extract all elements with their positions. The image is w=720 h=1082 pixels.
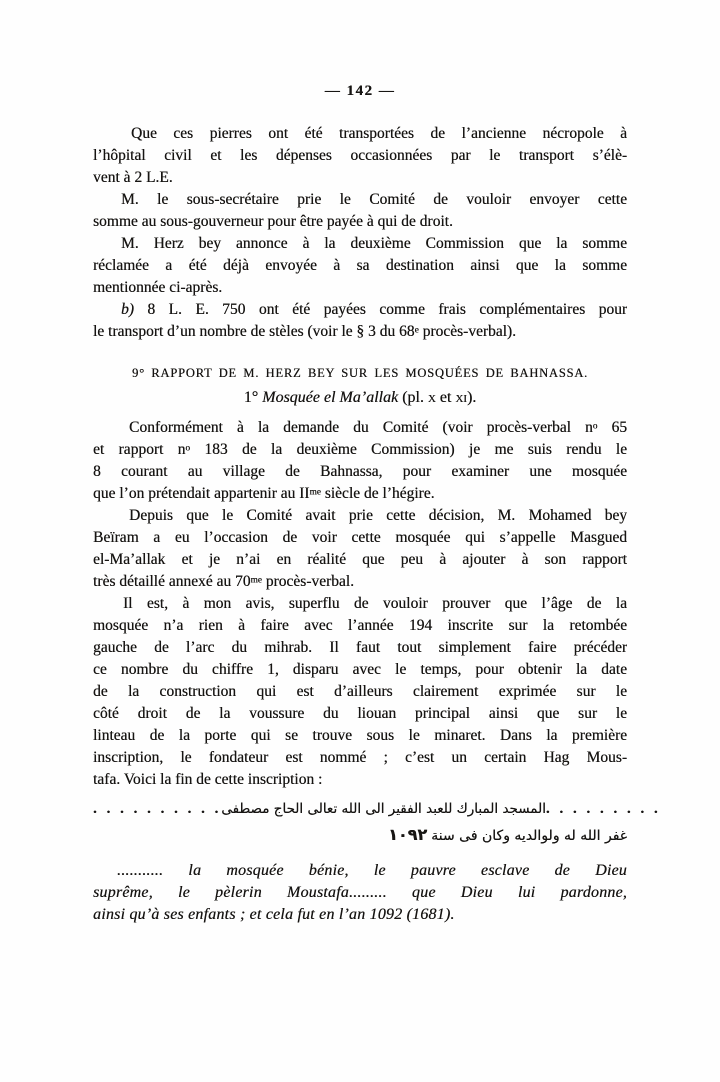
text-line: de la construction qui est d’ailleurs cl…	[93, 681, 627, 703]
superscript: e	[415, 325, 419, 335]
text-line: Depuis que le Comité avait prie cette dé…	[93, 505, 627, 527]
paragraph: Conformément à la demande du Comité (voi…	[93, 417, 627, 505]
text-line: tafa. Voici la fin de cette inscription …	[93, 769, 627, 791]
plates-ref-close: ).	[467, 389, 476, 406]
text-line: b) 8 L. E. 750 ont été payées comme frai…	[93, 299, 627, 321]
superscript: me	[251, 575, 262, 585]
arabic-inscription: . . . . . . . . . . المسجد المبارك للعبد…	[93, 798, 627, 848]
scanned-document-page: — 142 — Que ces pierres ont été transpor…	[0, 0, 720, 1082]
text-line: ainsi qu’à ses enfants ; et cela fut en …	[93, 904, 627, 926]
arabic-inscription-line-1: . . . . . . . . . . المسجد المبارك للعبد…	[93, 798, 627, 822]
superscript: o	[185, 443, 190, 453]
superscript: me	[309, 487, 320, 497]
plates-ref-et: et	[436, 389, 456, 406]
ellipsis-dots-left: . . . . . . . . . .	[93, 798, 221, 820]
plate-number: x	[428, 389, 436, 406]
text-line: suprême, le pèlerin Moustafa......... qu…	[93, 882, 627, 904]
text-line: l’hôpital civil et les dépenses occasion…	[93, 145, 627, 167]
arabic-text: غفر الله له ولوالديه وكان فى سنة	[431, 828, 627, 844]
text-line: ce nombre du chiffre 1, disparu avec le …	[93, 659, 627, 681]
text-line: Il est, à mon avis, superflu de vouloir …	[93, 593, 627, 615]
text-line: réclamée a été déjà envoyée à sa destina…	[93, 255, 627, 277]
text-line: inscription, le fondateur est nommé ; c’…	[93, 747, 627, 769]
text-line: côté droit de la voussure du liouan prin…	[93, 703, 627, 725]
text-line: mentionnée ci-après.	[93, 277, 627, 299]
text-line: ........... la mosquée bénie, le pauvre …	[93, 860, 627, 882]
text-line: gauche de l’arc du mihrab. Il faut tout …	[93, 637, 627, 659]
page-number: — 142 —	[93, 83, 627, 99]
text-line: très détaillé annexé au 70me procès-verb…	[93, 571, 627, 593]
text-line: et rapport no 183 de la deuxième Commiss…	[93, 439, 627, 461]
subsection-numeral: 1°	[244, 389, 262, 406]
text-line: vent à 2 L.E.	[93, 167, 627, 189]
italic-text: b)	[121, 301, 134, 318]
ellipsis-dots-right: . . . . . . . . .	[546, 798, 661, 820]
text-line: Que ces pierres ont été transportées de …	[93, 123, 627, 145]
text-line: mosquée n’a rien à faire avec l’année 19…	[93, 615, 627, 637]
text-line: M. Herz bey annonce à la deuxième Commis…	[93, 233, 627, 255]
text-line: Beïram a eu l’occasion de voir cette mos…	[93, 527, 627, 549]
plate-number: xi	[455, 389, 467, 406]
plates-ref-open: (pl.	[398, 389, 428, 406]
paragraph: Que ces pierres ont été transportées de …	[93, 123, 627, 189]
text-line: el-Ma’allak et je n’ai en réalité que pe…	[93, 549, 627, 571]
text-line: Conformément à la demande du Comité (voi…	[93, 417, 627, 439]
section-heading: 9° RAPPORT DE M. HERZ BEY SUR LES MOSQUÉ…	[93, 364, 627, 382]
paragraph: M. le sous-secrétaire prie le Comité de …	[93, 189, 627, 233]
superscript: o	[593, 421, 598, 431]
paragraph: b) 8 L. E. 750 ont été payées comme frai…	[93, 299, 627, 343]
text-line: que l’on prétendait appartenir au IIme s…	[93, 483, 627, 505]
text-line: somme au sous-gouverneur pour être payée…	[93, 211, 627, 233]
text-line: linteau de la porte qui se trouve sous l…	[93, 725, 627, 747]
mosque-name: Mosquée el Ma’allak	[262, 389, 398, 406]
hijri-year: ١٠٩٢	[388, 825, 427, 844]
text-line: 8 courant au village de Bahnassa, pour e…	[93, 461, 627, 483]
subsection-heading: 1° Mosquée el Ma’allak (pl. x et xi).	[93, 387, 627, 409]
paragraph: M. Herz bey annonce à la deuxième Commis…	[93, 233, 627, 299]
text-line: M. le sous-secrétaire prie le Comité de …	[93, 189, 627, 211]
paragraph: Il est, à mon avis, superflu de vouloir …	[93, 593, 627, 791]
text-line: le transport d’un nombre de stèles (voir…	[93, 321, 627, 343]
arabic-inscription-line-2: غفر الله له ولوالديه وكان فى سنة ١٠٩٢	[93, 824, 627, 848]
text-block: — 142 — Que ces pierres ont été transpor…	[93, 0, 627, 926]
paragraph: Depuis que le Comité avait prie cette dé…	[93, 505, 627, 593]
arabic-text: المسجد المبارك للعبد الفقير الى الله تعا…	[221, 798, 546, 820]
inscription-translation: ........... la mosquée bénie, le pauvre …	[93, 860, 627, 926]
